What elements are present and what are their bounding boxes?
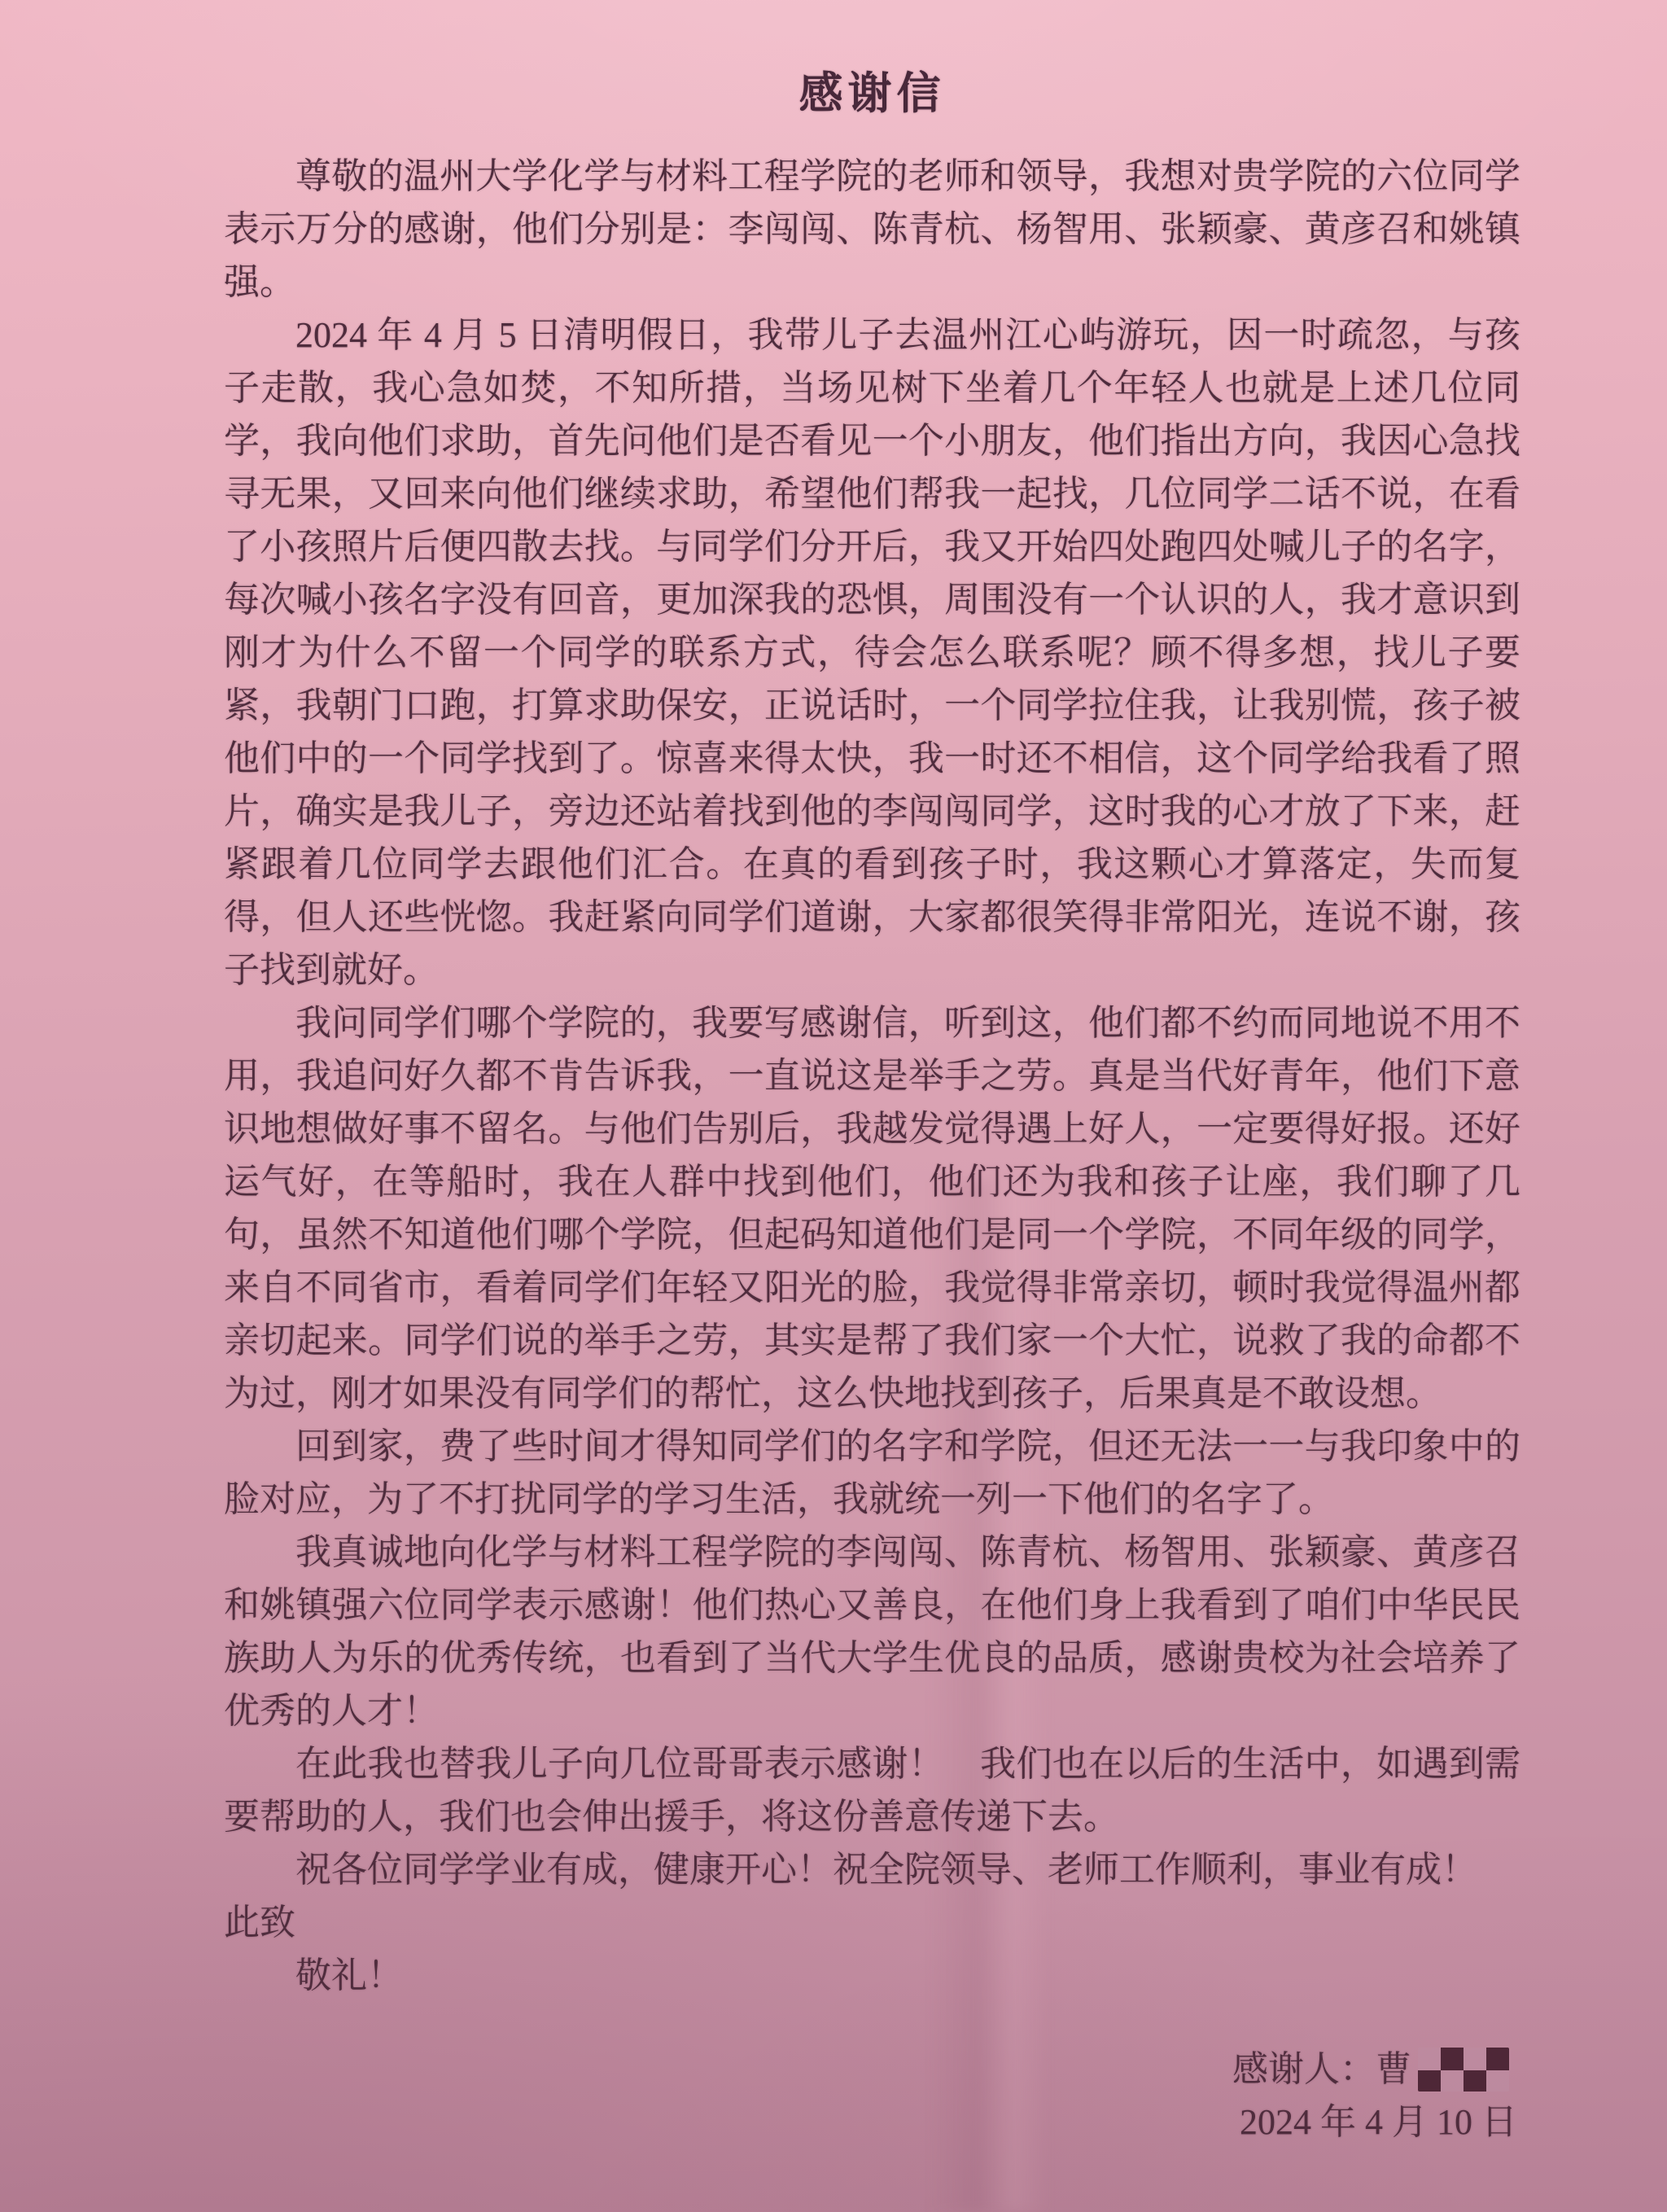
letter-paper: 感谢信 尊敬的温州大学化学与材料工程学院的老师和领导，我想对贵学院的六位同学表示…	[0, 0, 1667, 2212]
closing-cizhi: 此致	[224, 1896, 1520, 1949]
closing-salute: 敬礼！	[224, 1949, 1520, 2002]
paragraph-praise: 我问同学们哪个学院的，我要写感谢信，听到这，他们都不约而同地说不用不用，我追问好…	[224, 996, 1520, 1420]
letter-title: 感谢信	[224, 72, 1520, 116]
signer-surname: 曹	[1376, 2049, 1411, 2089]
letter-date: 2024 年 4 月 10 日	[224, 2096, 1520, 2148]
paragraph-names-found: 回到家，费了些时间才得知同学们的名字和学院，但还无法一一与我印象中的脸对应，为了…	[224, 1420, 1520, 1526]
redacted-name-mosaic	[1418, 2048, 1509, 2092]
paragraph-story: 2024 年 4 月 5 日清明假日，我带儿子去温州江心屿游玩，因一时疏忽，与孩…	[224, 309, 1520, 996]
letter-content: 感谢信 尊敬的温州大学化学与材料工程学院的老师和领导，我想对贵学院的六位同学表示…	[224, 72, 1520, 2148]
paragraph-greeting: 尊敬的温州大学化学与材料工程学院的老师和领导，我想对贵学院的六位同学表示万分的感…	[224, 150, 1520, 309]
signature-line: 感谢人：曹	[224, 2043, 1520, 2096]
paragraph-son-thanks: 在此我也替我儿子向几位哥哥表示感谢！ 我们也在以后的生活中，如遇到需要帮助的人，…	[224, 1737, 1520, 1843]
paragraph-wishes: 祝各位同学学业有成，健康开心！祝全院领导、老师工作顺利，事业有成！	[224, 1843, 1520, 1896]
signer-label: 感谢人：	[1232, 2049, 1376, 2089]
paragraph-thanks-list: 我真诚地向化学与材料工程学院的李闯闯、陈青杭、杨智用、张颖豪、黄彦召和姚镇强六位…	[224, 1526, 1520, 1737]
